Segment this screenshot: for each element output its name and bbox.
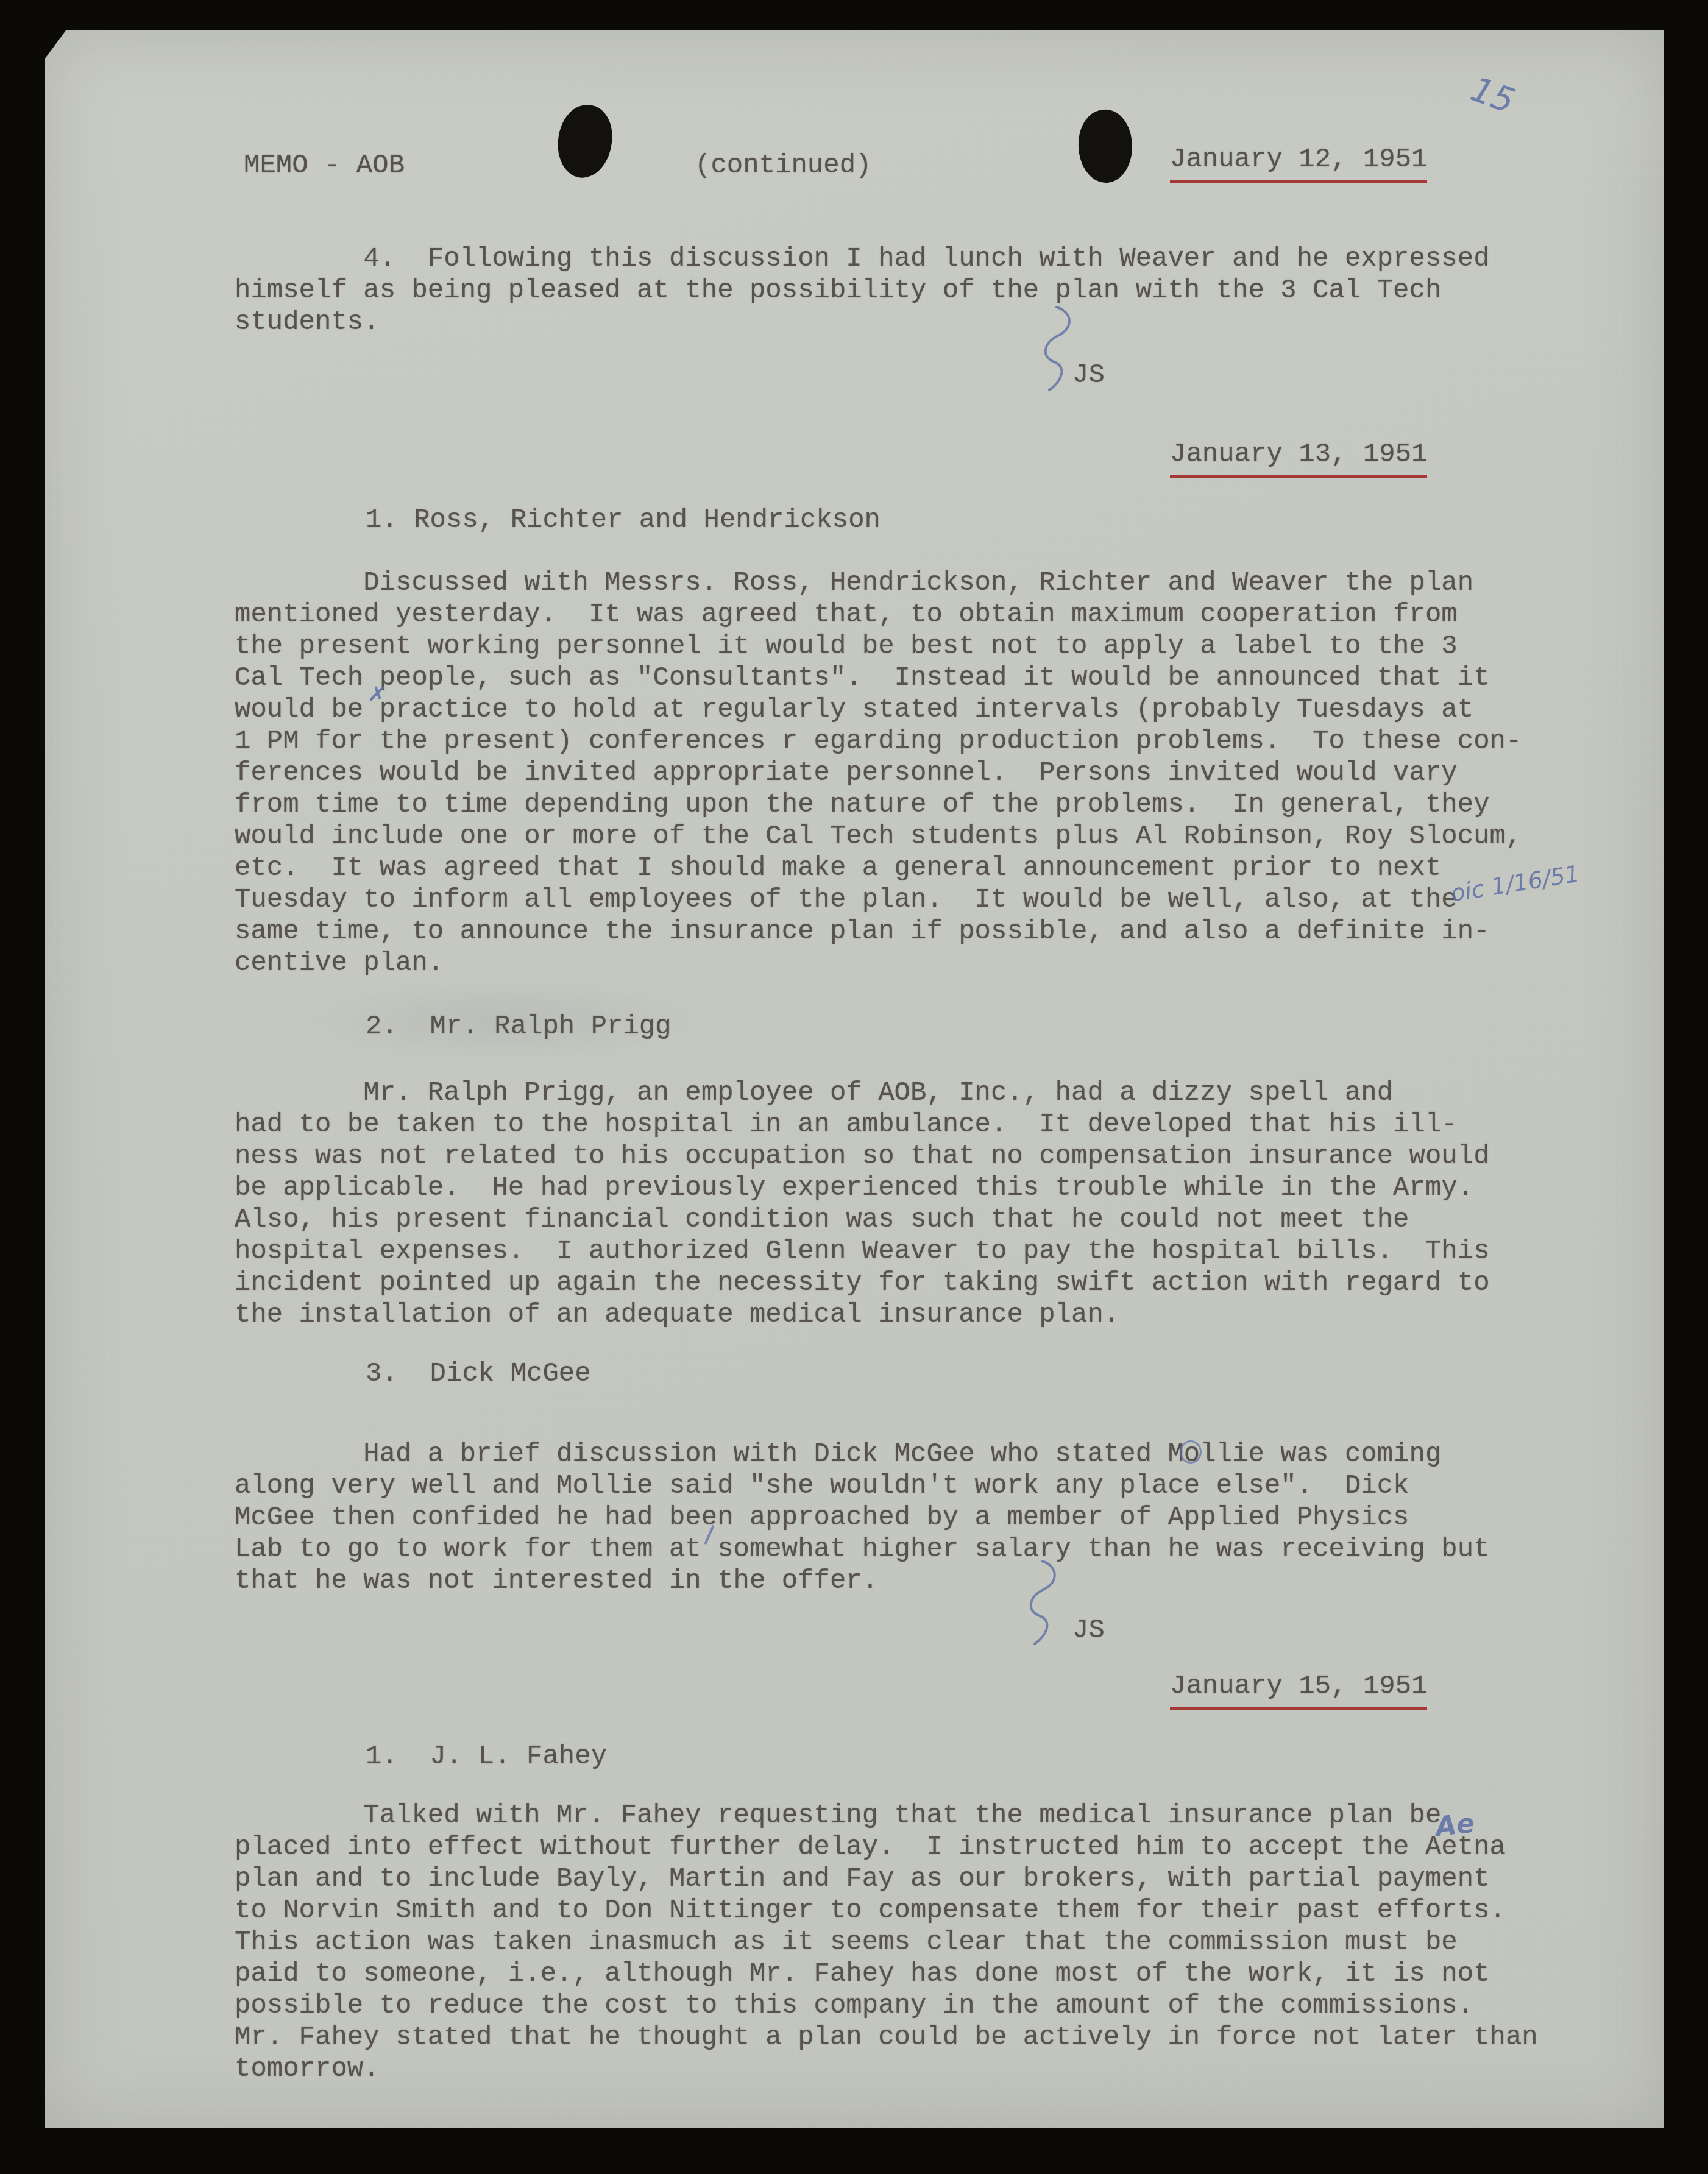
punch-hole-right (1075, 107, 1135, 185)
memo-title: MEMO - AOB (244, 150, 405, 182)
ink-circle-annotation (1180, 1440, 1202, 1464)
handwritten-page-number: 15 (1465, 69, 1520, 121)
jan13-section3-paragraph: Had a brief discussion with Dick McGee w… (235, 1439, 1490, 1597)
paper-sheet: 15 MEMO - AOB (continued) January 12, 19… (45, 30, 1664, 2128)
jan13-section2-heading: 2. Mr. Ralph Prigg (366, 1011, 672, 1043)
jan12-item4-paragraph: 4. Following this discussion I had lunch… (235, 243, 1490, 338)
jan13-section3-heading: 3. Dick McGee (366, 1358, 591, 1390)
jan15-section1-heading: 1. J. L. Fahey (366, 1741, 607, 1772)
jan13-section1-heading: 1. Ross, Richter and Hendrickson (366, 505, 881, 536)
handwritten-aetna-correction: Ae (1434, 1808, 1476, 1843)
date-heading-jan13: January 13, 1951 (1170, 439, 1427, 478)
continued-label: (continued) (695, 150, 871, 182)
date-heading-jan12: January 12, 1951 (1170, 144, 1427, 183)
handwritten-initial-flourish-2 (1010, 1557, 1077, 1649)
scanned-memo-page: 15 MEMO - AOB (continued) January 12, 19… (0, 0, 1708, 2174)
date-heading-jan15: January 15, 1951 (1170, 1671, 1427, 1710)
jan13-section2-paragraph: Mr. Ralph Prigg, an employee of AOB, Inc… (235, 1077, 1490, 1331)
proofreader-caret-mark: ✗ (366, 681, 388, 709)
initials-js-1: JS (1072, 359, 1105, 391)
jan15-section1-paragraph: Talked with Mr. Fahey requesting that th… (235, 1800, 1538, 2085)
initials-js-2: JS (1072, 1615, 1105, 1646)
jan13-section1-paragraph: Discussed with Messrs. Ross, Hendrickson… (235, 567, 1522, 979)
punch-hole-left (555, 102, 615, 181)
